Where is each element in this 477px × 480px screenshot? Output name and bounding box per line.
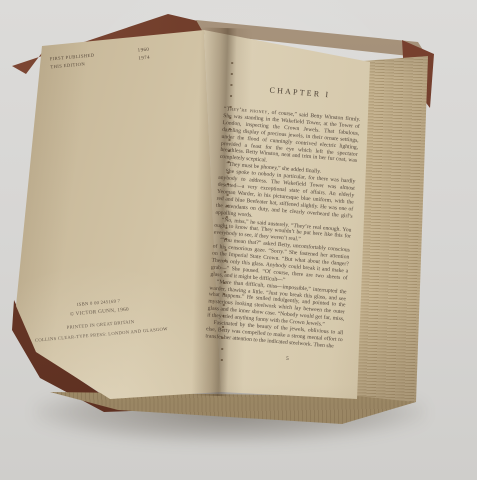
book-photo: FIRST PUBLISHED 1960 THIS EDITION 1974 I… [0,0,477,480]
